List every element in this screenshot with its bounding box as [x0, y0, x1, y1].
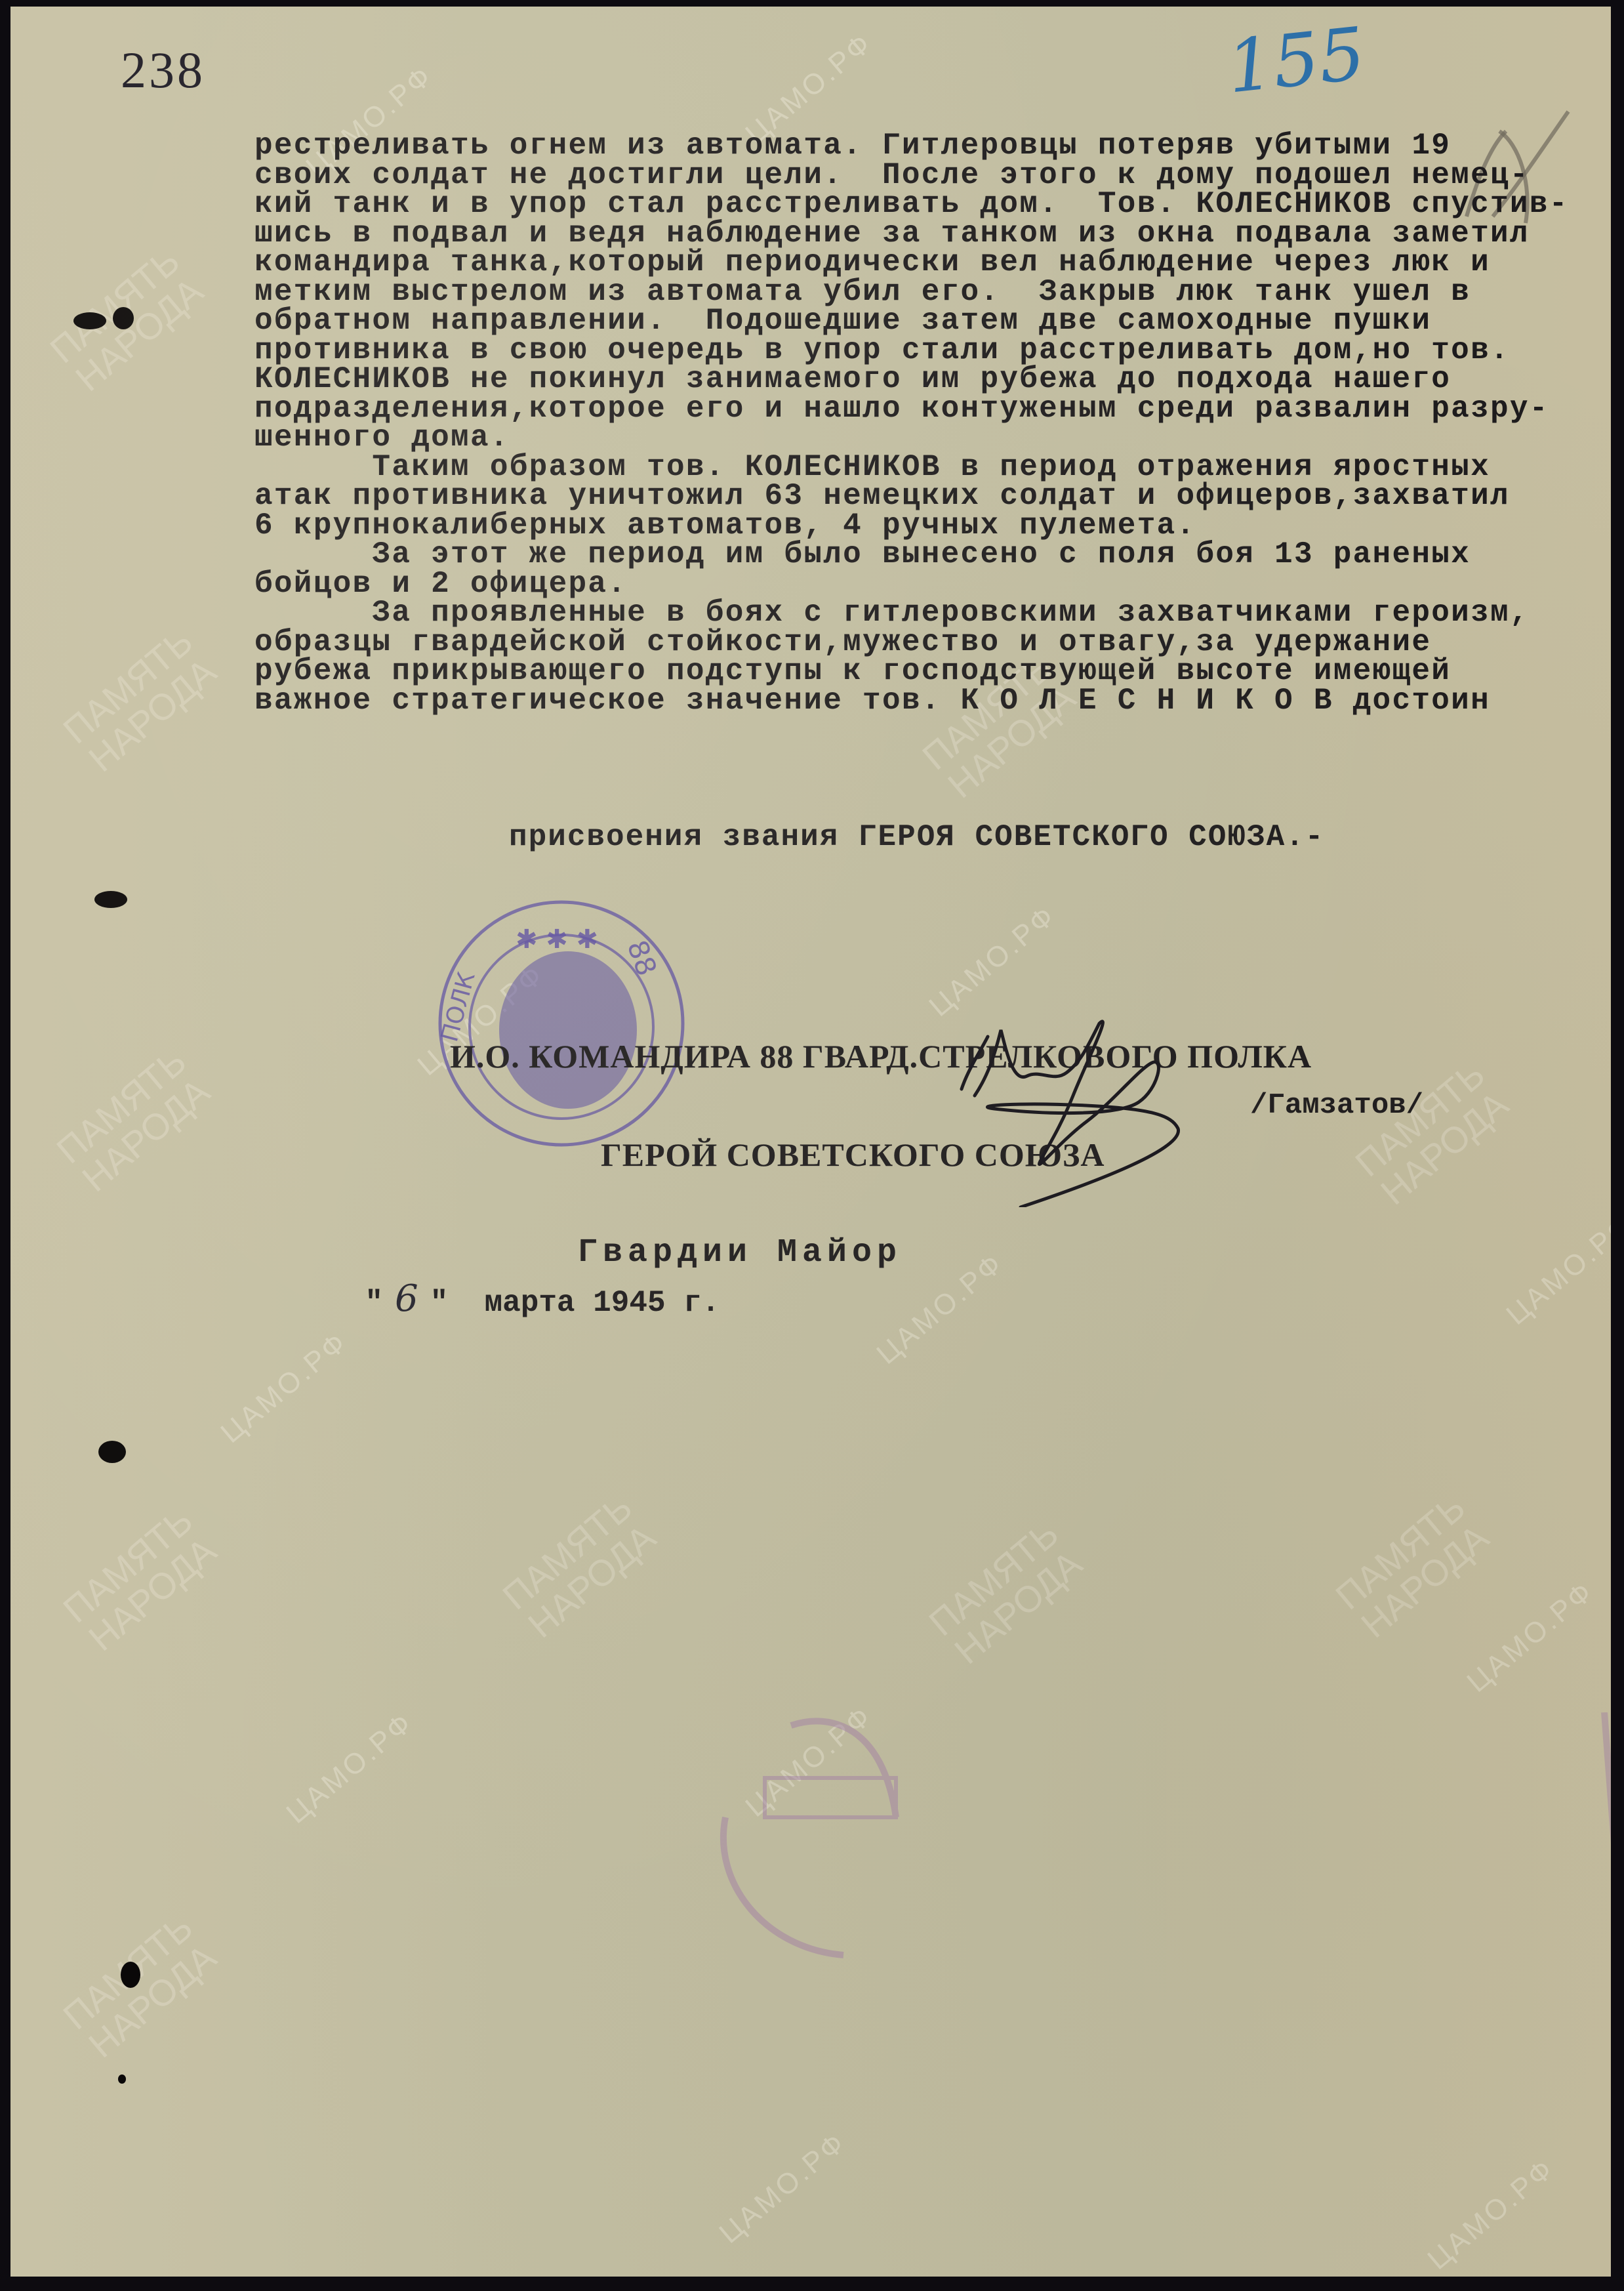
text-line: противника в свою очередь в упор стали р…	[254, 336, 1540, 365]
signer-name: /Гамзатов/	[1250, 1089, 1423, 1122]
punch-hole	[121, 1962, 140, 1988]
conclusion-line: присвоения звания ГЕРОЯ СОВЕТСКОГО СОЮЗА…	[509, 820, 1324, 854]
text-line: обратном направлении. Подошедшие затем д…	[254, 306, 1540, 336]
watermark-pamyat: ПАМЯТЬНАРОДА	[56, 1908, 224, 2065]
archive-page-number: 238	[121, 41, 205, 100]
text-line: рестреливать огнем из автомата. Гитлеров…	[254, 131, 1540, 161]
svg-text:✱ ✱ ✱: ✱ ✱ ✱	[516, 924, 598, 955]
watermark-pamyat: ПАМЯТЬНАРОДА	[496, 1488, 663, 1645]
text-line: метким выстрелом из автомата убил его. З…	[254, 278, 1540, 307]
watermark-pamyat: ПАМЯТЬНАРОДА	[922, 1514, 1089, 1672]
punch-hole	[118, 2074, 126, 2084]
date-month-year: марта 1945 г.	[485, 1286, 720, 1320]
body-text: рестреливать огнем из автомата. Гитлеров…	[254, 131, 1540, 715]
text-line: своих солдат не достигли цели. После это…	[254, 161, 1540, 190]
date-day: 6	[383, 1277, 430, 1320]
text-line: кий танк и в упор стал расстреливать дом…	[254, 190, 1540, 219]
document-page: ЦАМО.РФ ЦАМО.РФ ЦАМО.РФ ЦАМО.РФ ЦАМО.РФ …	[10, 7, 1611, 2277]
svg-text:88: 88	[621, 936, 663, 980]
watermark-pamyat: ПАМЯТЬНАРОДА	[56, 1501, 224, 1659]
text-line: рубежа прикрывающего подступы к господст…	[254, 657, 1540, 686]
text-line: важное стратегическое значение тов. К О …	[254, 686, 1540, 716]
text-line: образцы гвардейской стойкости,мужество и…	[254, 628, 1540, 657]
watermark-pamyat: ПАМЯТЬНАРОДА	[1329, 1488, 1496, 1645]
text-line: КОЛЕСНИКОВ не покинул занимаемого им руб…	[254, 365, 1540, 394]
text-line: шенного дома.	[254, 423, 1540, 453]
faded-mark-icon	[1598, 1712, 1611, 1844]
document-date: "6" марта 1945 г.	[293, 1243, 720, 1354]
text-line: За проявленные в боях с гитлеровскими за…	[254, 598, 1540, 628]
text-line: Таким образом тов. КОЛЕСНИКОВ в период о…	[254, 453, 1540, 482]
text-line: За этот же период им было вынесено с пол…	[254, 540, 1540, 569]
watermark-pamyat: ПАМЯТЬНАРОДА	[50, 1042, 217, 1199]
text-line: подразделения,которое его и нашло контуж…	[254, 394, 1540, 424]
punch-hole	[98, 1441, 126, 1463]
date-quote-open: "	[365, 1286, 383, 1320]
watermark-camo: ЦАМО.РФ	[1500, 1207, 1611, 1332]
watermark-camo: ЦАМО.РФ	[713, 2126, 852, 2250]
text-line: 6 крупнокалиберных автоматов, 4 ручных п…	[254, 511, 1540, 541]
text-line: шись в подвал и ведя наблюдение за танко…	[254, 219, 1540, 249]
watermark-pamyat: ПАМЯТЬНАРОДА	[1349, 1055, 1516, 1212]
faded-stamp-icon	[686, 1686, 962, 1962]
text-line: атак противника уничтожил 63 немецких со…	[254, 482, 1540, 511]
punch-hole	[113, 307, 134, 329]
watermark-camo: ЦАМО.РФ	[1421, 2152, 1560, 2277]
punch-hole	[73, 312, 106, 329]
text-line: бойцов и 2 офицера.	[254, 569, 1540, 599]
watermark-pamyat: ПАМЯТЬНАРОДА	[56, 622, 224, 779]
date-quote-close: "	[430, 1286, 449, 1320]
watermark-camo: ЦАМО.РФ	[1461, 1575, 1600, 1699]
watermark-camo: ЦАМО.РФ	[280, 1706, 419, 1830]
punch-hole	[94, 891, 127, 908]
handwritten-number: 155	[1223, 11, 1369, 109]
text-line: командира танка,который периодически вел…	[254, 248, 1540, 278]
